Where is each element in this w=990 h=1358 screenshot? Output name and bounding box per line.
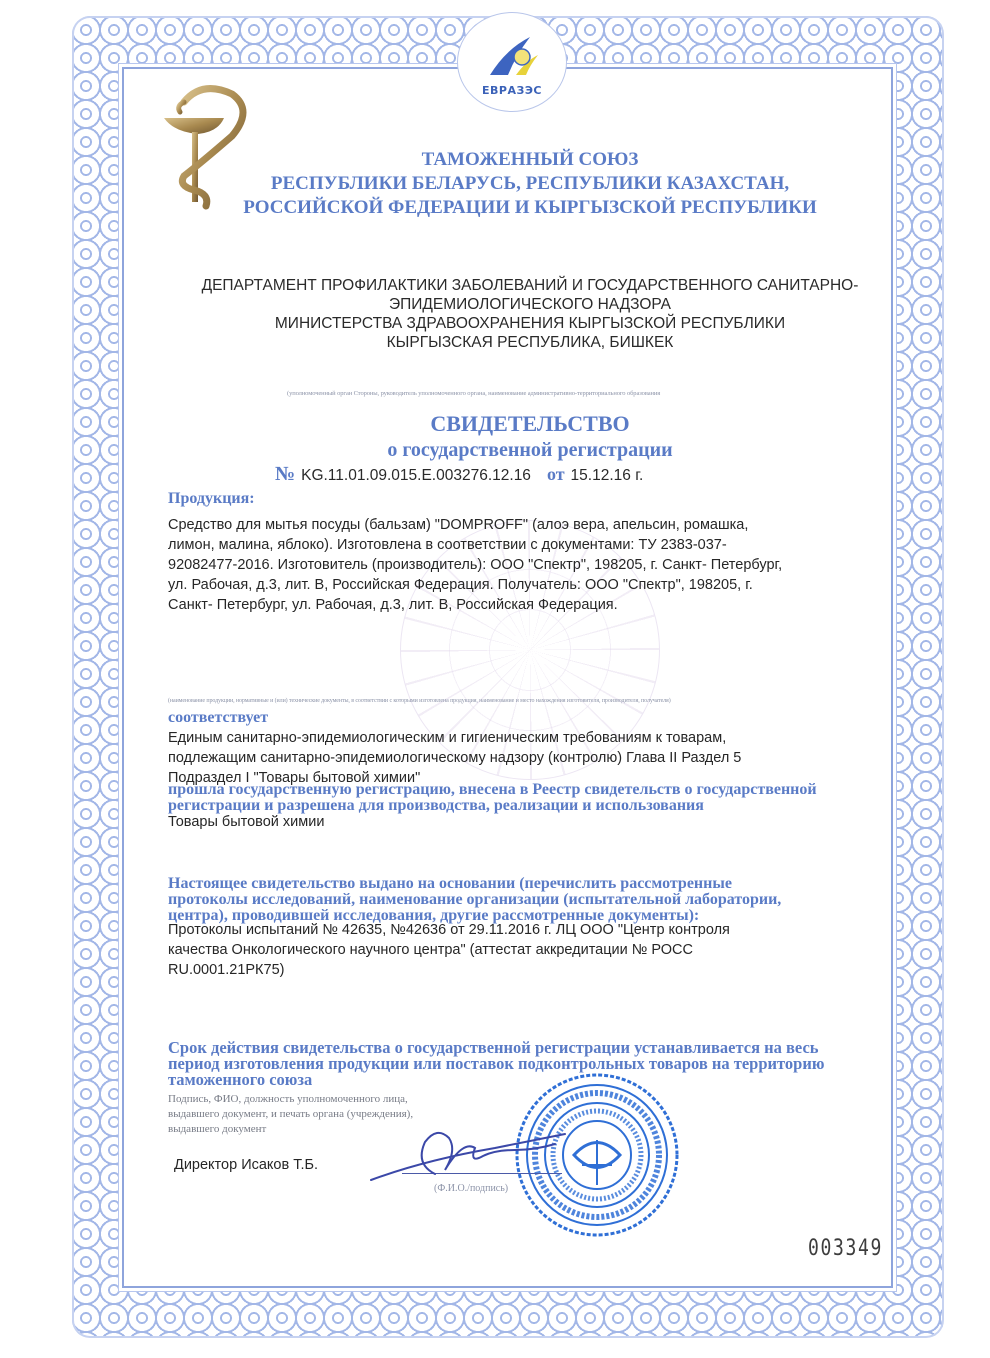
issuing-department: ДЕПАРТАМЕНТ ПРОФИЛАКТИКИ ЗАБОЛЕВАНИЙ И Г… [140, 276, 920, 352]
product-line: 92082477-2016. Изготовитель (производите… [168, 555, 898, 575]
authority-caption: (уполномоченный орган Стороны, руководит… [287, 390, 660, 397]
product-line: Санкт- Петербург, ул. Рабочая, д.3, лит.… [168, 595, 898, 615]
handwritten-signature [365, 1120, 575, 1190]
signer-name: Директор Исаков Т.Б. [174, 1157, 318, 1173]
product-line: ул. Рабочая, д.3, лит. В, Российская Фед… [168, 575, 898, 595]
heading-line: ТАМОЖЕННЫЙ СОЮЗ [160, 148, 900, 172]
basis-label: Настоящее свидетельство выдано на основа… [168, 876, 908, 924]
product-line: Средство для мытья посуды (бальзам) "DOM… [168, 515, 898, 535]
product-line: лимон, малина, яблоко). Изготовлена в со… [168, 535, 898, 555]
number-mark: № [275, 463, 295, 485]
registration-line: прошла государственную регистрацию, внес… [168, 782, 908, 798]
department-line: ДЕПАРТАМЕНТ ПРОФИЛАКТИКИ ЗАБОЛЕВАНИЙ И Г… [140, 276, 920, 295]
product-caption: (наименование продукции, нормативные и (… [168, 698, 671, 704]
product-label: Продукция: [168, 490, 255, 508]
certificate-date: 15.12.16 г. [571, 465, 644, 487]
basis-label-line: протоколы исследований, наименование орг… [168, 892, 908, 908]
department-line: КЫРГЫЗСКАЯ РЕСПУБЛИКА, БИШКЕК [140, 333, 920, 352]
conformity-label: соответствует [168, 709, 268, 727]
date-mark: от [547, 463, 565, 485]
department-line: МИНИСТЕРСТВА ЗДРАВООХРАНЕНИЯ КЫРГЫЗСКОЙ … [140, 314, 920, 333]
certificate-subtitle: о государственной регистрации [160, 438, 900, 462]
eurasec-label: ЕВРАЗЭС [482, 84, 542, 97]
basis-label-line: Настоящее свидетельство выдано на основа… [168, 876, 908, 892]
basis-text: Протоколы испытаний № 42635, №42636 от 2… [168, 920, 898, 980]
serial-number: 003349 [808, 1236, 883, 1261]
certificate-title: СВИДЕТЕЛЬСТВО [160, 412, 900, 436]
customs-union-heading: ТАМОЖЕННЫЙ СОЮЗ РЕСПУБЛИКИ БЕЛАРУСЬ, РЕС… [160, 148, 900, 220]
heading-line: РОССИЙСКОЙ ФЕДЕРАЦИИ И КЫРГЫЗСКОЙ РЕСПУБ… [160, 196, 900, 220]
product-description: Средство для мытья посуды (бальзам) "DOM… [168, 515, 898, 615]
heading-line: РЕСПУБЛИКИ БЕЛАРУСЬ, РЕСПУБЛИКИ КАЗАХСТА… [160, 172, 900, 196]
certificate-number: KG.11.01.09.015.Е.003276.12.16 [301, 465, 531, 487]
department-line: ЭПИДЕМИОЛОГИЧЕСКОГО НАДЗОРА [140, 295, 920, 314]
eurasec-logo: ЕВРАЗЭС [457, 12, 567, 112]
signature-caption-line: Подпись, ФИО, должность уполномоченного … [168, 1092, 488, 1107]
eurasec-emblem-icon [486, 35, 540, 77]
fio-caption: (Ф.И.О./подпись) [434, 1183, 508, 1194]
conformity-text: Единым санитарно-эпидемиологическим и ги… [168, 728, 898, 788]
registration-statement: прошла государственную регистрацию, внес… [168, 782, 908, 814]
registration-usage: Товары бытовой химии [168, 812, 898, 832]
certificate-number-line: № KG.11.01.09.015.Е.003276.12.16 от 15.1… [275, 463, 643, 487]
basis-line: качества Онкологического научного центра… [168, 940, 898, 960]
basis-line: Протоколы испытаний № 42635, №42636 от 2… [168, 920, 898, 940]
conformity-line: Единым санитарно-эпидемиологическим и ги… [168, 728, 898, 748]
conformity-line: подлежащим санитарно-эпидемиологическому… [168, 748, 898, 768]
basis-line: RU.0001.21РК75) [168, 960, 898, 980]
